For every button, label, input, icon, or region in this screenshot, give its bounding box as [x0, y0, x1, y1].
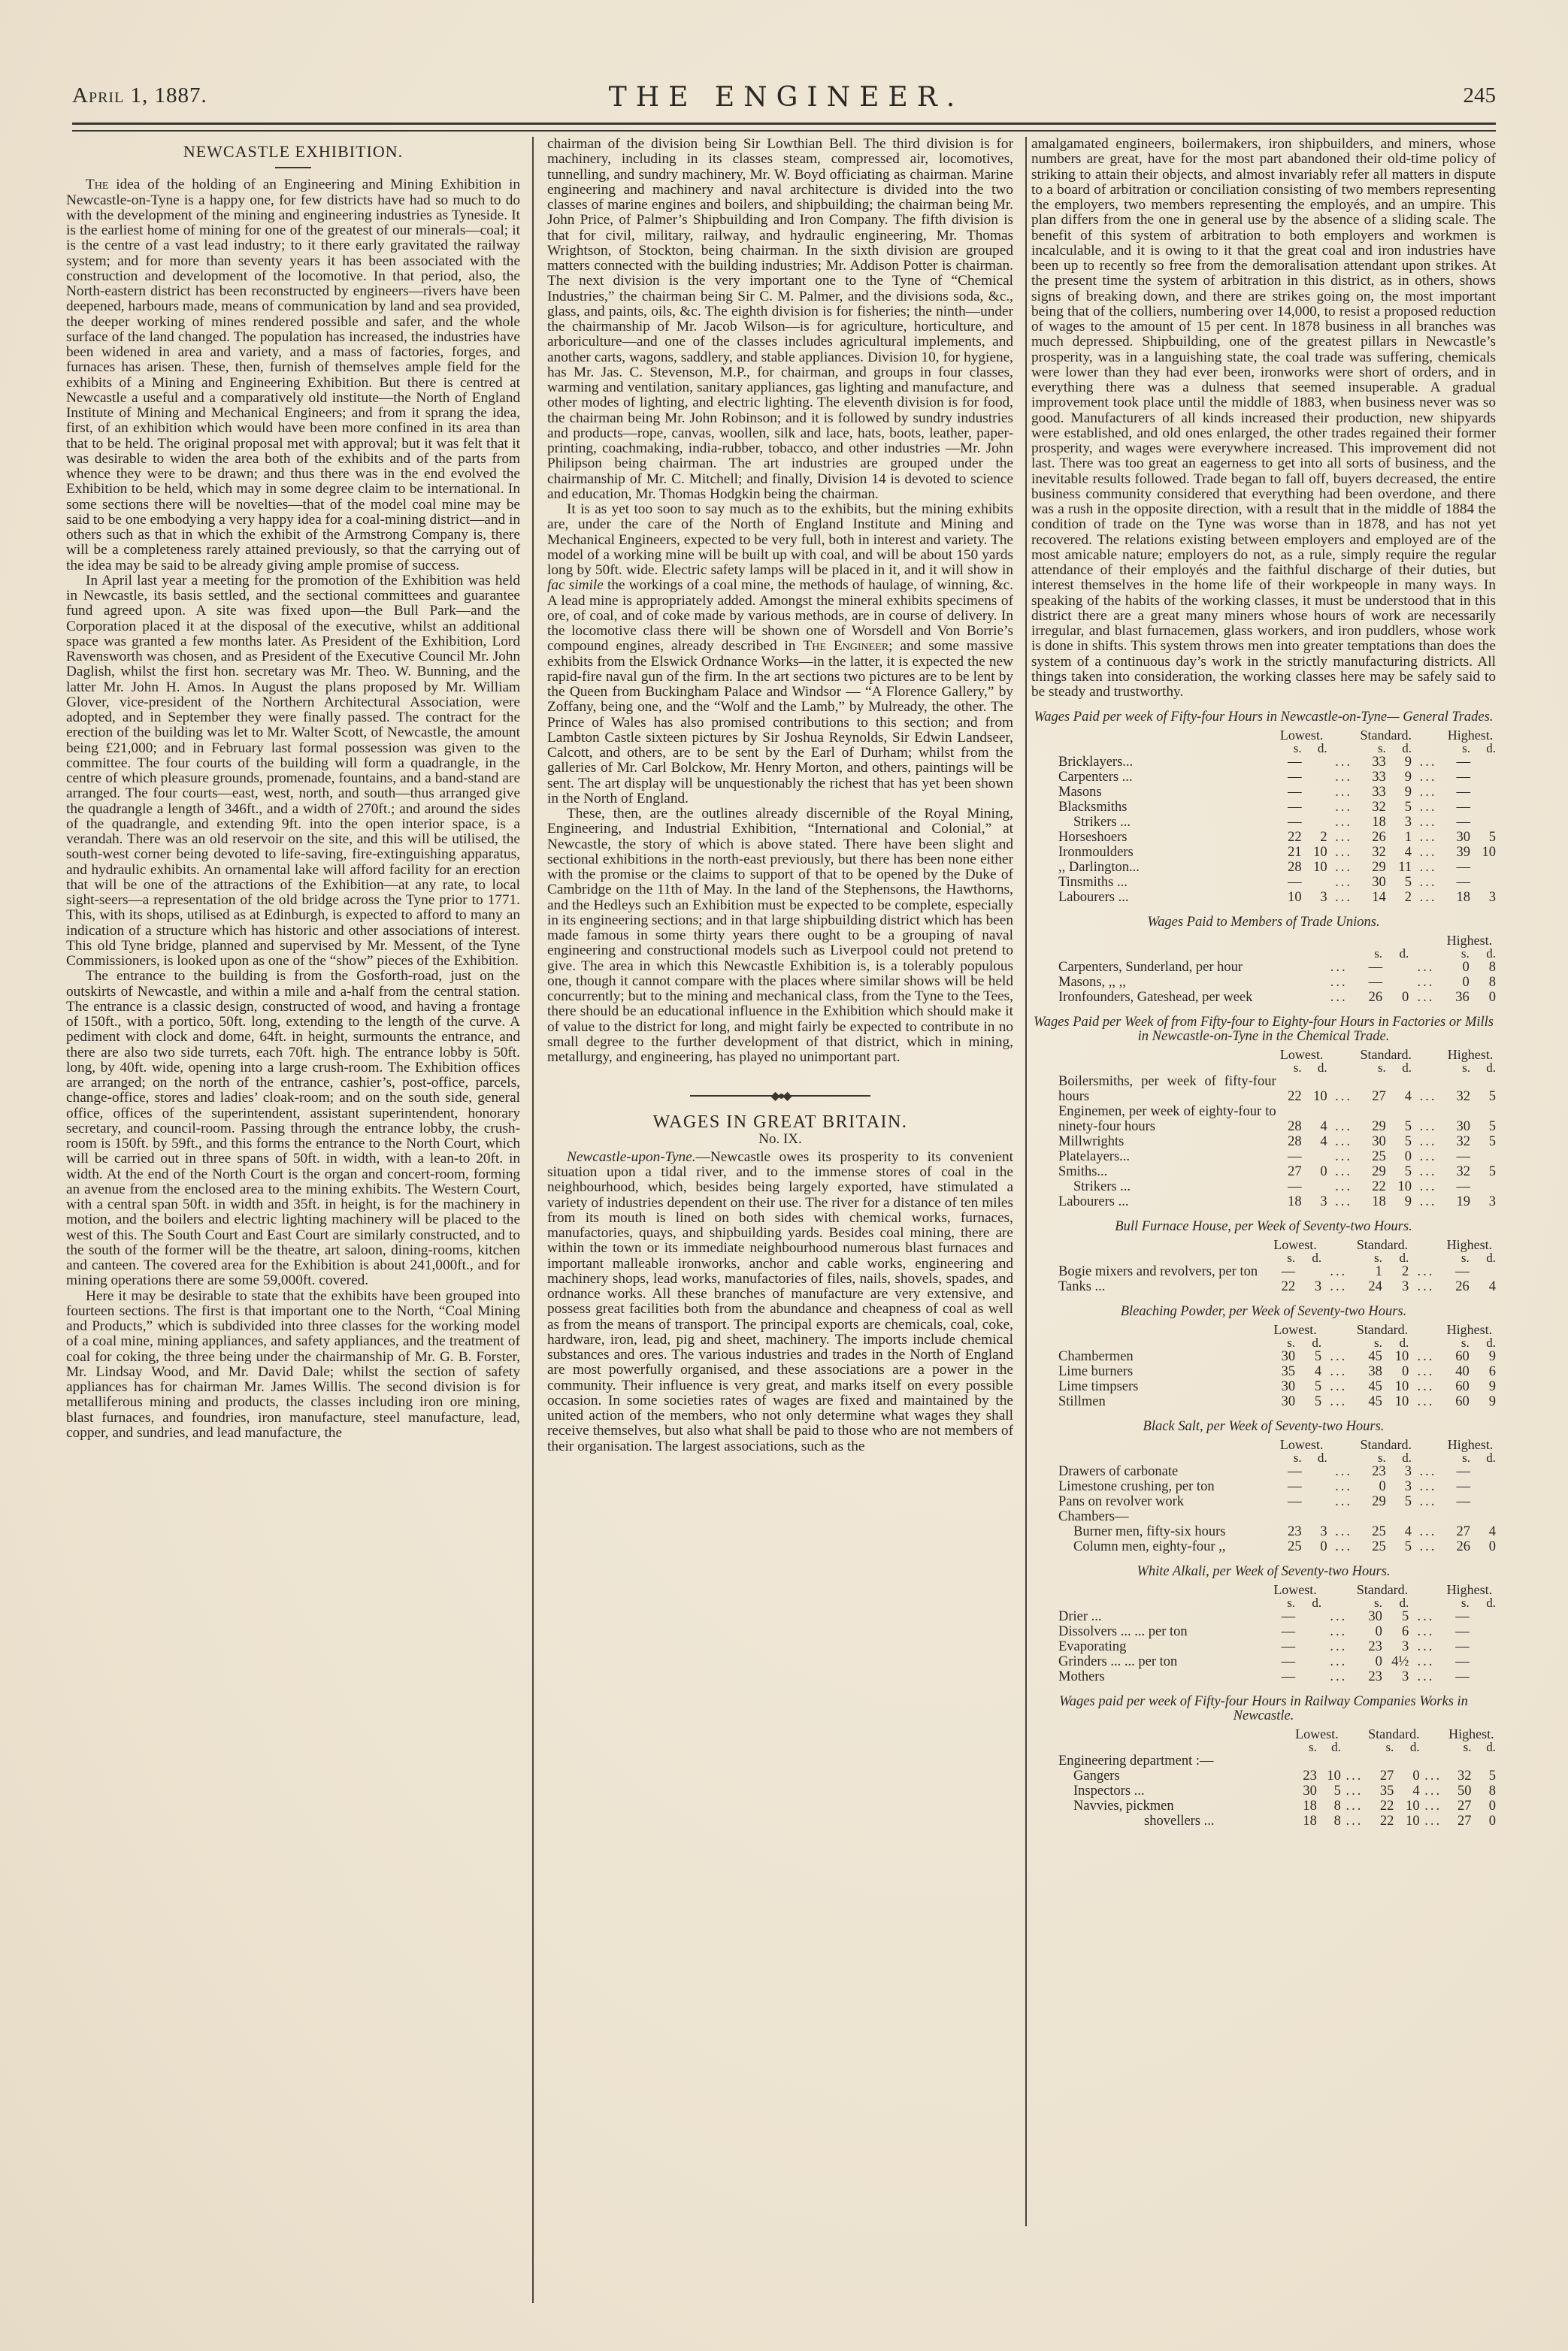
publication-reference: The Engineer [804, 638, 889, 654]
wage-value: 4 [1470, 1524, 1496, 1539]
table-row: Stillmen305...4510...609 [1031, 1394, 1496, 1409]
wage-value: 6 [1470, 1364, 1496, 1379]
column-divider [1025, 137, 1027, 2226]
wage-value: 4 [1302, 1134, 1327, 1149]
wage-table: Lowest.Standard.Highest.s.d.s.d.s.d.Boil… [1031, 1047, 1496, 1209]
wage-value: — [1356, 960, 1382, 975]
wage-value: — [1445, 1479, 1470, 1494]
wage-value: 38 [1356, 1364, 1382, 1379]
wage-value: 0 [1382, 990, 1409, 1005]
wage-value: 60 [1443, 1394, 1470, 1409]
table-row: Lime burners354...380...406 [1031, 1364, 1496, 1379]
wage-value: 0 [1470, 990, 1496, 1005]
wage-value [1302, 1479, 1327, 1494]
article-title: NEWCASTLE EXHIBITION. [66, 144, 520, 159]
row-label: Horseshoers [1031, 830, 1276, 845]
wage-value: 27 [1276, 1164, 1302, 1179]
article-paragraph: amalgamated engineers, boilermakers, iro… [1031, 137, 1496, 700]
column-header: Highest. [1445, 1437, 1496, 1452]
wage-table: Highest.s.d.s.d.Carpenters, Sunderland, … [1031, 933, 1496, 1005]
table-caption: Bull Furnace House, per Week of Seventy-… [1031, 1220, 1496, 1234]
page-number: 245 [1464, 83, 1497, 108]
article-number: No. IX. [547, 1132, 1013, 1147]
wage-value [1470, 1464, 1496, 1479]
wage-value: 35 [1269, 1364, 1295, 1379]
wage-value [1382, 975, 1409, 990]
table-caption: White Alkali, per Week of Seventy-two Ho… [1031, 1565, 1496, 1579]
wage-value: — [1443, 1669, 1470, 1684]
wage-value: 33 [1361, 785, 1386, 800]
row-label: Ironmoulders [1031, 845, 1276, 860]
wage-value: 28 [1276, 1134, 1302, 1149]
wage-value: 2 [1386, 890, 1412, 905]
row-label: Grinders ... ... per ton [1031, 1654, 1269, 1669]
table-row: Boilersmiths, per week of fifty-four hou… [1031, 1074, 1496, 1104]
article-paragraph: It is as yet too soon to say much as to … [547, 502, 1013, 806]
wage-value: 3 [1470, 1194, 1496, 1209]
wage-value: 27 [1361, 1074, 1386, 1104]
row-label: Enginemen, per week of eighty-four to ni… [1031, 1104, 1276, 1134]
wage-value: 1 [1386, 830, 1412, 845]
wage-value [1269, 990, 1295, 1005]
wage-value [1295, 1609, 1321, 1624]
row-label: Burner men, fifty-six hours [1031, 1524, 1276, 1539]
row-label: Millwrights [1031, 1134, 1276, 1149]
wage-value: — [1276, 1494, 1302, 1509]
wage-value: — [1276, 1479, 1302, 1494]
wage-value: 3 [1386, 815, 1412, 830]
wage-table: Lowest.Standard.Highest.s.d.s.d.s.d.Bric… [1031, 728, 1496, 905]
wage-value: 28 [1276, 860, 1302, 875]
table-row: Grinders ... ... per ton—...04½...— [1031, 1654, 1496, 1669]
units-row: s.d.s.d.s.d. [1031, 1452, 1496, 1464]
column-header: Standard. [1361, 728, 1412, 743]
wage-value [1470, 755, 1496, 770]
table-row: Carpenters ...—...339...— [1031, 770, 1496, 785]
wage-value: — [1445, 875, 1470, 890]
section-divider-ornament: ◆●◆ [690, 1085, 870, 1107]
wage-value: 22 [1368, 1814, 1394, 1829]
units-row: s.d.s.d.s.d. [1031, 1252, 1496, 1264]
wage-value [1470, 1264, 1496, 1279]
table-row: Enginemen, per week of eighty-four to ni… [1031, 1104, 1496, 1134]
table-caption: Bleaching Powder, per Week of Seventy-tw… [1031, 1305, 1496, 1319]
article-paragraph: Here it may be desirable to state that t… [66, 1289, 520, 1442]
wage-value: 36 [1443, 990, 1470, 1005]
row-label: Carpenters ... [1031, 770, 1276, 785]
wage-value [1295, 960, 1321, 975]
row-label: Lime timpsers [1031, 1379, 1269, 1394]
row-label: Pans on revolver work [1031, 1494, 1276, 1509]
wage-table: Lowest.Standard.Highest.s.d.s.d.s.d.Drie… [1031, 1582, 1496, 1684]
table-row: Tinsmiths ...—...305...— [1031, 875, 1496, 890]
row-label: Masons [1031, 785, 1276, 800]
table-row: Bogie mixers and revolvers, per ton—...1… [1031, 1264, 1496, 1279]
wage-value: 5 [1470, 1164, 1496, 1179]
row-label: Lime burners [1031, 1364, 1269, 1379]
wage-value: — [1445, 800, 1470, 815]
wage-value: 14 [1361, 890, 1386, 905]
wage-value: — [1276, 755, 1302, 770]
column-left: NEWCASTLE EXHIBITION. The idea of the ho… [66, 137, 520, 1441]
wage-value: 10 [1382, 1394, 1409, 1409]
wage-value: 8 [1470, 960, 1496, 975]
wage-value [1470, 800, 1496, 815]
wage-value: 32 [1361, 800, 1386, 815]
wage-value: 4 [1295, 1364, 1321, 1379]
row-label: Masons, ,, ,, [1031, 975, 1269, 990]
column-header: Highest. [1443, 1582, 1496, 1597]
wage-value: 23 [1361, 1464, 1386, 1479]
wage-value: 5 [1470, 1134, 1496, 1149]
wage-value: 3 [1386, 1479, 1412, 1494]
wage-value: 18 [1293, 1799, 1317, 1814]
row-label: Mothers [1031, 1669, 1269, 1684]
wage-value: 29 [1361, 1104, 1386, 1134]
article-title: WAGES IN GREAT BRITAIN. [547, 1115, 1013, 1130]
wage-value: 35 [1368, 1784, 1394, 1799]
table-header-row: Lowest.Standard.Highest. [1031, 1582, 1496, 1597]
wage-value: — [1445, 785, 1470, 800]
column-right: amalgamated engineers, boilermakers, iro… [1031, 137, 1496, 1829]
diamond-ornament-icon: ◆●◆ [770, 1089, 789, 1104]
row-label: Carpenters, Sunderland, per hour [1031, 960, 1269, 975]
wage-value: 5 [1386, 1134, 1412, 1149]
table-row: Chambers— [1031, 1509, 1496, 1524]
wage-value: 21 [1276, 845, 1302, 860]
units-row: s.d.s.d.s.d. [1031, 1741, 1496, 1753]
column-header: Highest. [1445, 1047, 1496, 1062]
wage-value: 45 [1356, 1349, 1382, 1364]
wage-value [1269, 975, 1295, 990]
wage-value: — [1445, 860, 1470, 875]
article-paragraph: chairman of the division being Sir Lowth… [547, 137, 1013, 502]
row-label: Column men, eighty-four ,, [1031, 1539, 1276, 1554]
table-header-row: Lowest.Standard.Highest. [1031, 728, 1496, 743]
wage-value: 23 [1293, 1769, 1317, 1784]
wage-value: 29 [1361, 1164, 1386, 1179]
wage-value [1470, 1494, 1496, 1509]
article-paragraph: The idea of the holding of an Engineerin… [66, 177, 520, 573]
row-label: Smiths... [1031, 1164, 1276, 1179]
wage-value: 26 [1361, 830, 1386, 845]
wage-value: 9 [1386, 1194, 1412, 1209]
wage-value: — [1445, 1464, 1470, 1479]
row-label: Blacksmiths [1031, 800, 1276, 815]
wage-value: 10 [1317, 1769, 1341, 1784]
table-row: Millwrights284...305...325 [1031, 1134, 1496, 1149]
row-label: Drier ... [1031, 1609, 1269, 1624]
wage-value: 22 [1276, 1074, 1302, 1104]
wage-value: 10 [1394, 1814, 1419, 1829]
wage-value: 0 [1356, 1624, 1382, 1639]
table-row: Dissolvers ... ... per ton—...06...— [1031, 1624, 1496, 1639]
table-caption: Wages Paid to Members of Trade Unions. [1031, 915, 1496, 930]
wage-value [1470, 785, 1496, 800]
wage-value: — [1269, 1624, 1295, 1639]
wage-value: 10 [1302, 1074, 1327, 1104]
wage-value: 0 [1443, 975, 1470, 990]
wage-value: — [1276, 785, 1302, 800]
table-row: Tanks ...223...243...264 [1031, 1279, 1496, 1294]
wage-value: 18 [1361, 1194, 1386, 1209]
units-row: s.d.s.d. [1031, 948, 1496, 960]
row-label: Evaporating [1031, 1639, 1269, 1654]
table-row: Horseshoers222...261...305 [1031, 830, 1496, 845]
wage-value: 30 [1445, 1104, 1470, 1134]
row-label: Platelayers... [1031, 1149, 1276, 1164]
wage-value: 26 [1356, 990, 1382, 1005]
wage-value [1470, 875, 1496, 890]
row-label: Limestone crushing, per ton [1031, 1479, 1276, 1494]
table-row: shovellers ...188...2210...270 [1031, 1814, 1496, 1829]
wage-value: 3 [1302, 1524, 1327, 1539]
wage-value: 10 [1382, 1379, 1409, 1394]
wage-value [1302, 800, 1327, 815]
wage-value: 8 [1317, 1799, 1341, 1814]
wage-value: — [1356, 975, 1382, 990]
wage-value: — [1276, 815, 1302, 830]
row-label: Bogie mixers and revolvers, per ton [1031, 1264, 1269, 1279]
wage-value [1295, 990, 1321, 1005]
wage-value: 1 [1356, 1264, 1382, 1279]
wage-value [1470, 770, 1496, 785]
wage-value: 26 [1443, 1279, 1470, 1294]
wage-value: 30 [1269, 1379, 1295, 1394]
row-label: Tinsmiths ... [1031, 875, 1276, 890]
wage-value: 0 [1472, 1799, 1496, 1814]
column-header: Highest. [1443, 933, 1496, 948]
wage-value: 0 [1443, 960, 1470, 975]
wage-value: — [1443, 1654, 1470, 1669]
wage-value: 0 [1382, 1364, 1409, 1379]
wage-value: 5 [1386, 875, 1412, 890]
table-header-row: Lowest.Standard.Highest. [1031, 1047, 1496, 1062]
wage-value: 8 [1317, 1814, 1341, 1829]
row-label: shovellers ... [1031, 1814, 1293, 1829]
wage-value: 32 [1445, 1074, 1470, 1104]
wage-value: 9 [1470, 1394, 1496, 1409]
row-label: Engineering department :— [1031, 1753, 1293, 1769]
wage-value: 32 [1361, 845, 1386, 860]
wage-value: — [1276, 1149, 1302, 1164]
wage-value: 24 [1356, 1279, 1382, 1294]
wage-table: Lowest.Standard.Highest.s.d.s.d.s.d.Draw… [1031, 1437, 1496, 1554]
row-label: Strikers ... [1031, 815, 1276, 830]
wage-value: 5 [1386, 1539, 1412, 1554]
row-label: Inspectors ... [1031, 1784, 1293, 1799]
column-divider [532, 137, 534, 2303]
wage-value: 25 [1361, 1539, 1386, 1554]
column-header: Lowest. [1276, 1047, 1327, 1062]
wage-value: 0 [1361, 1479, 1386, 1494]
wage-value: 27 [1447, 1799, 1472, 1814]
wage-value [1295, 1639, 1321, 1654]
wage-value: 5 [1472, 1769, 1496, 1784]
wage-value: 27 [1445, 1524, 1470, 1539]
row-label: Drawers of carbonate [1031, 1464, 1276, 1479]
column-header: Standard. [1368, 1726, 1419, 1741]
wage-value: — [1443, 1609, 1470, 1624]
wage-value: 33 [1361, 755, 1386, 770]
wage-value: 5 [1295, 1349, 1321, 1364]
article-paragraph: These, then, are the outlines already di… [547, 806, 1013, 1065]
wage-value [1470, 1179, 1496, 1194]
row-label: ,, Darlington... [1031, 860, 1276, 875]
wage-value: — [1443, 1624, 1470, 1639]
masthead: April 1, 1887. THE ENGINEER. 245 [72, 79, 1500, 124]
wage-table: Lowest.Standard.Highest.s.d.s.d.s.d.Bogi… [1031, 1237, 1496, 1294]
wage-value: 2 [1302, 830, 1327, 845]
wage-value: 30 [1293, 1784, 1317, 1799]
wage-value: 18 [1276, 1194, 1302, 1209]
wage-value: 50 [1447, 1784, 1472, 1799]
wage-value: 30 [1356, 1609, 1382, 1624]
wage-table: Lowest.Standard.Highest.s.d.s.d.s.d.Engi… [1031, 1726, 1496, 1829]
table-row: Smiths...270...295...325 [1031, 1164, 1496, 1179]
wage-value: 22 [1368, 1799, 1394, 1814]
wage-value [1295, 1624, 1321, 1639]
row-label: Stillmen [1031, 1394, 1269, 1409]
wage-value: 10 [1470, 845, 1496, 860]
wage-value [1302, 1464, 1327, 1479]
wage-value [1470, 1479, 1496, 1494]
wage-value: 30 [1361, 1134, 1386, 1149]
wage-value: 18 [1361, 815, 1386, 830]
wage-value: 5 [1470, 1104, 1496, 1134]
table-row: Inspectors ...305...354...508 [1031, 1784, 1496, 1799]
wage-value: 22 [1276, 830, 1302, 845]
wage-value [1470, 860, 1496, 875]
row-label: Boilersmiths, per week of fifty-four hou… [1031, 1074, 1276, 1104]
table-row: Burner men, fifty-six hours233...254...2… [1031, 1524, 1496, 1539]
wage-value: — [1443, 1639, 1470, 1654]
wage-value: 9 [1386, 755, 1412, 770]
wage-value: 9 [1386, 770, 1412, 785]
wage-value: 4 [1386, 1524, 1412, 1539]
wage-value: 18 [1293, 1814, 1317, 1829]
table-row: Evaporating—...233...— [1031, 1639, 1496, 1654]
table-row: Mothers—...233...— [1031, 1669, 1496, 1684]
wage-value [1382, 960, 1409, 975]
wage-value: 11 [1386, 860, 1412, 875]
wage-value: — [1443, 1264, 1470, 1279]
column-header: Lowest. [1293, 1726, 1341, 1741]
wage-value: 4½ [1382, 1654, 1409, 1669]
table-row: Engineering department :— [1031, 1753, 1496, 1769]
row-label: Strikers ... [1031, 1179, 1276, 1194]
wage-value: 27 [1447, 1814, 1472, 1829]
wage-value: 27 [1368, 1769, 1394, 1784]
wage-value: 9 [1470, 1379, 1496, 1394]
column-header: Highest. [1443, 1237, 1496, 1252]
wage-value: 5 [1386, 1494, 1412, 1509]
wage-value [1302, 1149, 1327, 1164]
wage-value: 5 [1470, 830, 1496, 845]
wage-value: 32 [1445, 1134, 1470, 1149]
table-row: Column men, eighty-four ,,250...255...26… [1031, 1539, 1496, 1554]
wage-value [1302, 755, 1327, 770]
table-caption: Wages Paid per Week of from Fifty-four t… [1031, 1015, 1496, 1044]
wage-value: 4 [1386, 1074, 1412, 1104]
column-header: Highest. [1443, 1322, 1496, 1337]
wage-value: 4 [1386, 845, 1412, 860]
wage-value [1302, 770, 1327, 785]
wage-value [1302, 785, 1327, 800]
wage-value: — [1445, 1494, 1470, 1509]
table-row: Drier ...—...305...— [1031, 1609, 1496, 1624]
column-middle: chairman of the division being Sir Lowth… [547, 137, 1013, 1454]
wage-value: 4 [1302, 1104, 1327, 1134]
wage-value [1470, 1639, 1496, 1654]
units-row: s.d.s.d.s.d. [1031, 1597, 1496, 1609]
table-row: Carpenters, Sunderland, per hour...—...0… [1031, 960, 1496, 975]
wage-table: Lowest.Standard.Highest.s.d.s.d.s.d.Cham… [1031, 1322, 1496, 1409]
wage-value: 25 [1361, 1149, 1386, 1164]
wage-value: 23 [1276, 1524, 1302, 1539]
wage-value: 28 [1276, 1104, 1302, 1134]
wage-value: 60 [1443, 1379, 1470, 1394]
wage-value: — [1445, 1179, 1470, 1194]
table-row: Ironfounders, Gateshead, per week...260.… [1031, 990, 1496, 1005]
wage-value: 30 [1269, 1394, 1295, 1409]
wage-value: 3 [1302, 1194, 1327, 1209]
wage-value: 3 [1382, 1639, 1409, 1654]
wage-value: 0 [1302, 1164, 1327, 1179]
wage-value: 3 [1386, 1464, 1412, 1479]
wage-value [1302, 1179, 1327, 1194]
wage-value: 10 [1276, 890, 1302, 905]
wage-value: 18 [1445, 890, 1470, 905]
wage-value [1470, 1669, 1496, 1684]
table-row: Strikers ...—...2210...— [1031, 1179, 1496, 1194]
wage-value: — [1445, 815, 1470, 830]
table-row: Lime timpsers305...4510...609 [1031, 1379, 1496, 1394]
wage-value: 5 [1470, 1074, 1496, 1104]
row-label: Bricklayers... [1031, 755, 1276, 770]
wage-value: — [1276, 875, 1302, 890]
wage-value: 3 [1382, 1669, 1409, 1684]
table-row: Strikers ...—...183...— [1031, 815, 1496, 830]
wage-value: 45 [1356, 1394, 1382, 1409]
wage-value: 26 [1445, 1539, 1470, 1554]
table-row: Drawers of carbonate—...233...— [1031, 1464, 1496, 1479]
column-header: Standard. [1361, 1047, 1412, 1062]
row-label: Ironfounders, Gateshead, per week [1031, 990, 1269, 1005]
wage-value: 23 [1356, 1669, 1382, 1684]
wage-value [1269, 960, 1295, 975]
wage-value: 0 [1472, 1814, 1496, 1829]
wage-value: 29 [1361, 1494, 1386, 1509]
wage-value [1295, 1654, 1321, 1669]
wage-value: 3 [1295, 1279, 1321, 1294]
wage-value [1302, 1494, 1327, 1509]
column-header: Standard. [1356, 1322, 1409, 1337]
lead-word: The [86, 177, 108, 192]
wage-value: 10 [1302, 845, 1327, 860]
row-label: Dissolvers ... ... per ton [1031, 1624, 1269, 1639]
dateline: Newcastle-upon-Tyne. [567, 1149, 696, 1165]
column-header: Lowest. [1269, 1322, 1321, 1337]
wage-value: — [1269, 1654, 1295, 1669]
wage-value: 3 [1382, 1279, 1409, 1294]
wage-value: 25 [1361, 1524, 1386, 1539]
wage-value [1302, 815, 1327, 830]
italic-phrase: fac simile [547, 577, 604, 593]
wage-value: 33 [1361, 770, 1386, 785]
wage-value: 6 [1382, 1624, 1409, 1639]
wage-value: 3 [1302, 890, 1327, 905]
